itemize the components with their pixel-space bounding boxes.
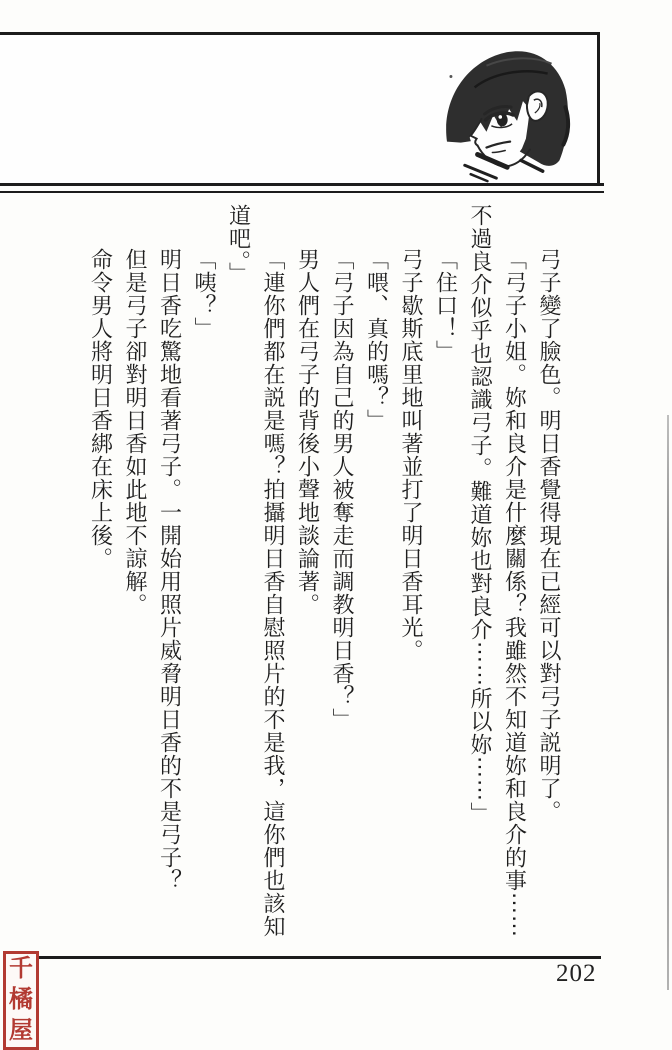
seal-char: 橘 (9, 986, 33, 1015)
paragraph: 「咦？」 (187, 204, 222, 946)
paragraph: 「弓子小姐。妳和良介是什麼關係？我雖然不知道妳和良介的事⋯⋯不過良介似乎也認識弓… (463, 204, 532, 946)
text-block: 弓子變了臉色。明日香覺得現在已經可以對弓子説明了。「弓子小姐。妳和良介是什麼關係… (76, 204, 566, 946)
paragraph: 「住口！」 (428, 204, 463, 946)
paragraph: 「連你們都在説是嗎？拍攝明日香自慰照片的不是我，這你們也該知道吧。」 (221, 204, 290, 946)
panel-bottom-double-rule (0, 183, 604, 193)
paragraph: 命令男人將明日香綁在床上後。 (83, 204, 118, 946)
paragraph: 弓子變了臉色。明日香覺得現在已經可以對弓子説明了。 (532, 204, 567, 946)
page-number: 202 (556, 960, 597, 988)
paragraph: 「弓子因為自己的男人被奪走而調教明日香？」 (325, 204, 360, 946)
scanned-book-page: 弓子變了臉色。明日香覺得現在已經可以對弓子説明了。「弓子小姐。妳和良介是什麼關係… (0, 0, 672, 1050)
paragraph: 但是弓子卻對明日香如此地不諒解。 (118, 204, 153, 946)
paragraph: 弓子歇斯底里地叫著並打了明日香耳光。 (394, 204, 429, 946)
paragraph: 明日香吃驚地看著弓子。一開始用照片威脅明日香的不是弓子？ (152, 204, 187, 946)
manga-character-face (430, 40, 610, 188)
scan-edge-artifact (667, 415, 669, 990)
paragraph: 男人們在弓子的背後小聲地談論著。 (290, 204, 325, 946)
footer-rule (36, 956, 601, 959)
seal-char: 屋 (9, 1017, 33, 1046)
paragraph: 「喂、真的嗎？」 (359, 204, 394, 946)
seal-char: 千 (9, 955, 33, 984)
publisher-seal: 千 橘 屋 (3, 951, 39, 1050)
